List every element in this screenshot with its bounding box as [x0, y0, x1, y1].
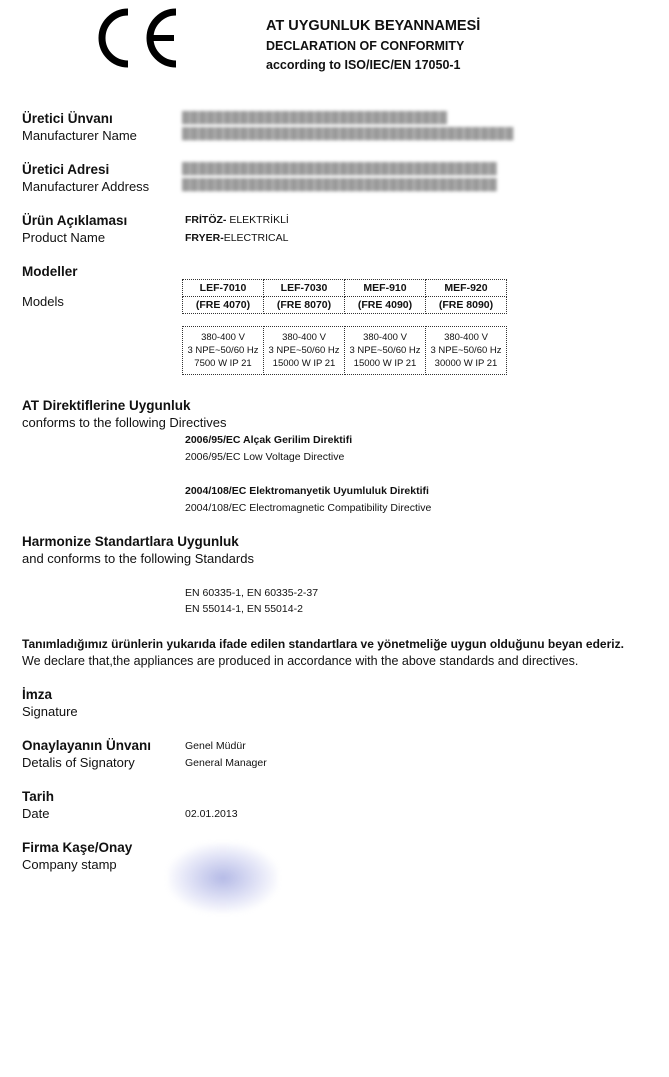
spec-voltage: 380-400 V — [345, 331, 425, 344]
directive-2-en: 2004/108/EC Electromagnetic Compatibilit… — [185, 502, 431, 514]
model-spec-cell: 380-400 V3 NPE~50/60 Hz15000 W IP 21 — [264, 327, 345, 375]
model-ref: (FRE 8090) — [426, 297, 507, 314]
standards-line-2: EN 55014-1, EN 55014-2 — [185, 603, 303, 615]
spec-power: 15000 W IP 21 — [264, 357, 344, 370]
standards-label-en: and conforms to the following Standards — [22, 551, 254, 566]
standards-line-1: EN 60335-1, EN 60335-2-37 — [185, 587, 318, 599]
standards-label-tr: Harmonize Standartlara Uygunluk — [22, 534, 239, 549]
spec-supply: 3 NPE~50/60 Hz — [264, 344, 344, 357]
document-standard: according to ISO/IEC/EN 17050-1 — [266, 58, 461, 72]
manufacturer-address-label-en: Manufacturer Address — [22, 179, 149, 194]
spec-voltage: 380-400 V — [183, 331, 263, 344]
directives-label-en: conforms to the following Directives — [22, 415, 226, 430]
model-spec-cell: 380-400 V3 NPE~50/60 Hz7500 W IP 21 — [183, 327, 264, 375]
directive-1-en: 2006/95/EC Low Voltage Directive — [185, 451, 344, 463]
signatory-value-en: General Manager — [185, 757, 267, 769]
spec-power: 15000 W IP 21 — [345, 357, 425, 370]
stamp-label-tr: Firma Kaşe/Onay — [22, 840, 132, 855]
manufacturer-name-redacted-1: ████████████████████████████████ — [182, 112, 447, 124]
model-ref: (FRE 8070) — [264, 297, 345, 314]
manufacturer-name-label-en: Manufacturer Name — [22, 128, 137, 143]
manufacturer-address-redacted-2: ██████████████████████████████████████ — [182, 179, 497, 191]
stamp-label-en: Company stamp — [22, 857, 117, 872]
signature-label-en: Signature — [22, 704, 78, 719]
date-value: 02.01.2013 — [185, 808, 238, 820]
product-value-en: FRYER-ELECTRICAL — [185, 232, 288, 244]
manufacturer-address-redacted-1: ██████████████████████████████████████ — [182, 163, 497, 175]
model-spec-cell: 380-400 V3 NPE~50/60 Hz30000 W IP 21 — [426, 327, 507, 375]
product-value-tr-bold: FRİTÖZ- — [185, 214, 226, 226]
declaration-tr: Tanımladığımız ürünlerin yukarıda ifade … — [22, 637, 624, 651]
model-code: MEF-910 — [345, 280, 426, 297]
models-code-row: LEF-7010 LEF-7030 MEF-910 MEF-920 — [183, 280, 507, 297]
spec-supply: 3 NPE~50/60 Hz — [426, 344, 506, 357]
model-code: LEF-7010 — [183, 280, 264, 297]
product-value-en-rest: ELECTRICAL — [224, 232, 289, 244]
date-label-en: Date — [22, 806, 49, 821]
directive-2-tr: 2004/108/EC Elektromanyetik Uyumluluk Di… — [185, 485, 429, 497]
model-code: MEF-920 — [426, 280, 507, 297]
company-stamp-image — [168, 843, 278, 913]
declaration-en: We declare that,the appliances are produ… — [22, 654, 578, 668]
document-title-en: DECLARATION OF CONFORMITY — [266, 39, 464, 53]
signatory-value-tr: Genel Müdür — [185, 740, 246, 752]
signatory-label-en: Detalis of Signatory — [22, 755, 135, 770]
signature-label-tr: İmza — [22, 687, 52, 702]
spec-power: 7500 W IP 21 — [183, 357, 263, 370]
spec-power: 30000 W IP 21 — [426, 357, 506, 370]
directive-1-tr: 2006/95/EC Alçak Gerilim Direktifi — [185, 434, 352, 446]
directives-label-tr: AT Direktiflerine Uygunluk — [22, 398, 191, 413]
model-specs-row: 380-400 V3 NPE~50/60 Hz7500 W IP 21 380-… — [183, 327, 507, 375]
signatory-label-tr: Onaylayanın Ünvanı — [22, 738, 151, 753]
product-label-tr: Ürün Açıklaması — [22, 213, 127, 228]
product-value-en-bold: FRYER- — [185, 232, 224, 244]
product-value-tr: FRİTÖZ- ELEKTRİKLİ — [185, 214, 289, 226]
spec-supply: 3 NPE~50/60 Hz — [183, 344, 263, 357]
model-specs-table: 380-400 V3 NPE~50/60 Hz7500 W IP 21 380-… — [182, 326, 507, 375]
models-label-tr: Modeller — [22, 264, 78, 279]
spec-voltage: 380-400 V — [426, 331, 506, 344]
ce-mark-logo — [96, 8, 180, 68]
product-label-en: Product Name — [22, 230, 105, 245]
model-code: LEF-7030 — [264, 280, 345, 297]
model-spec-cell: 380-400 V3 NPE~50/60 Hz15000 W IP 21 — [345, 327, 426, 375]
models-ref-row: (FRE 4070) (FRE 8070) (FRE 4090) (FRE 80… — [183, 297, 507, 314]
model-ref: (FRE 4090) — [345, 297, 426, 314]
manufacturer-name-label-tr: Üretici Ünvanı — [22, 111, 113, 126]
spec-supply: 3 NPE~50/60 Hz — [345, 344, 425, 357]
date-label-tr: Tarih — [22, 789, 54, 804]
product-value-tr-rest: ELEKTRİKLİ — [226, 214, 288, 226]
manufacturer-address-label-tr: Üretici Adresi — [22, 162, 109, 177]
models-label-en: Models — [22, 294, 64, 309]
document-title-tr: AT UYGUNLUK BEYANNAMESİ — [266, 18, 480, 34]
spec-voltage: 380-400 V — [264, 331, 344, 344]
manufacturer-name-redacted-2: ████████████████████████████████████████ — [182, 128, 514, 140]
models-table: LEF-7010 LEF-7030 MEF-910 MEF-920 (FRE 4… — [182, 279, 507, 314]
model-ref: (FRE 4070) — [183, 297, 264, 314]
